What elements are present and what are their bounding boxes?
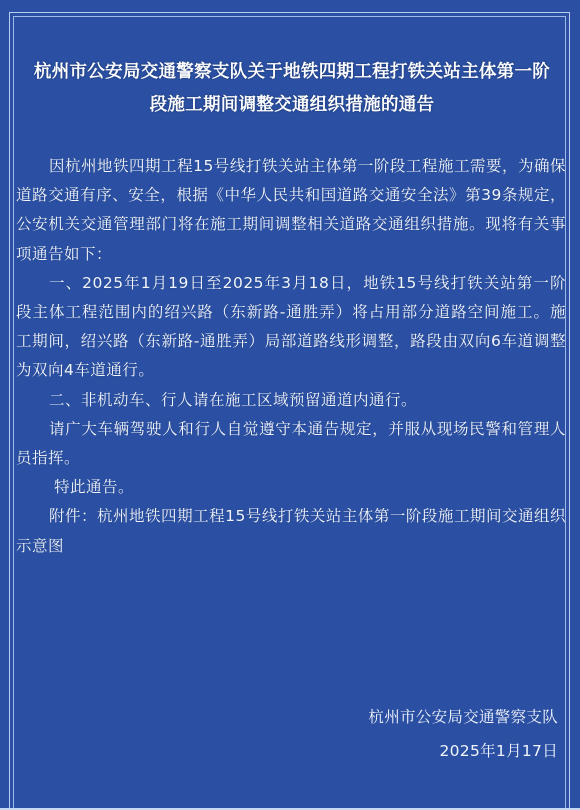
- item-two-paragraph: 二、非机动车、行人请在施工区域预留通道内通行。: [16, 386, 566, 415]
- closing-paragraph: 特此通告。: [16, 473, 566, 502]
- attachment-paragraph: 附件：杭州地铁四期工程15号线打铁关站主体第一阶段施工期间交通组织示意图: [16, 502, 566, 560]
- signature-block: 杭州市公安局交通警察支队 2025年1月17日: [368, 700, 558, 768]
- notice-body: 因杭州地铁四期工程15号线打铁关站主体第一阶段工程施工需要，为确保道路交通有序、…: [16, 152, 566, 561]
- title-line-2: 段施工期间调整交通组织措施的通告: [20, 89, 564, 122]
- title-line-1: 杭州市公安局交通警察支队关于地铁四期工程打铁关站主体第一阶: [20, 56, 564, 89]
- issue-date: 2025年1月17日: [368, 734, 558, 768]
- notice-page: 杭州市公安局交通警察支队关于地铁四期工程打铁关站主体第一阶 段施工期间调整交通组…: [0, 0, 580, 810]
- item-one-paragraph: 一、2025年1月19日至2025年3月18日，地铁15号线打铁关站第一阶段主体…: [16, 269, 566, 386]
- intro-paragraph: 因杭州地铁四期工程15号线打铁关站主体第一阶段工程施工需要，为确保道路交通有序、…: [16, 152, 566, 269]
- notice-title: 杭州市公安局交通警察支队关于地铁四期工程打铁关站主体第一阶 段施工期间调整交通组…: [20, 56, 564, 122]
- compliance-paragraph: 请广大车辆驾驶人和行人自觉遵守本通告规定，并服从现场民警和管理人员指挥。: [16, 415, 566, 473]
- issuer-name: 杭州市公安局交通警察支队: [368, 700, 558, 734]
